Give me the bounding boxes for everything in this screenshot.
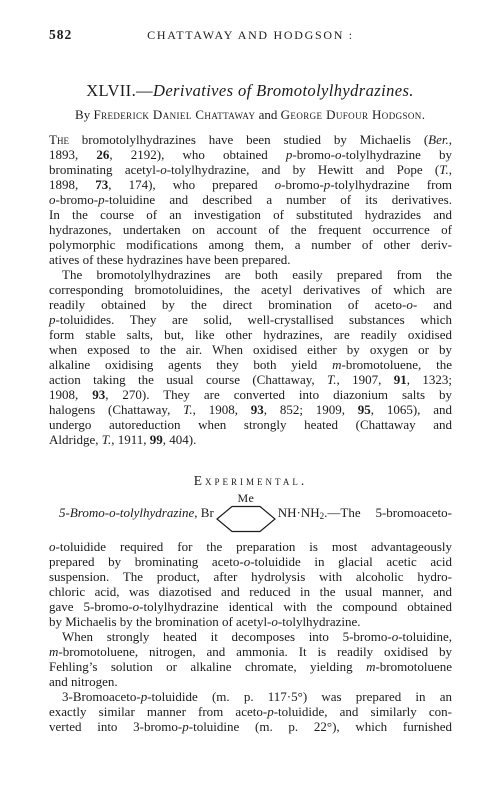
article-title: XLVII.—Derivatives of Bromotolylhydrazin… — [0, 81, 500, 101]
text-line: The bromotolylhydrazines are both easily… — [49, 267, 452, 282]
text-line: undergo autoreduction when strongly heat… — [49, 417, 452, 432]
text-line: when exposed to the air. When oxidised e… — [49, 342, 452, 357]
benzene-hexagon-icon — [216, 505, 276, 533]
text-line: prepared by brominating aceto-o-toluidid… — [49, 554, 452, 569]
text-line: 1908, 93, 270). They are converted into … — [49, 387, 452, 402]
experimental-heading: Experimental. — [49, 473, 452, 488]
text-line: o-toluidide required for the preparation… — [49, 539, 452, 554]
text-line: chloric acid, was diazotised and reduced… — [49, 584, 452, 599]
paragraph-preparation: The bromotolylhydrazines are both easily… — [49, 267, 452, 447]
text-line: 1898, 73, 174), who prepared o-bromo-p-t… — [49, 177, 452, 192]
document-page: 582 CHATTAWAY AND HODGSON : XLVII.—Deriv… — [0, 0, 500, 800]
text-line: suspension. The product, after hydrolysi… — [49, 569, 452, 584]
text-line: by Michaelis by the bromination of acety… — [49, 614, 452, 629]
formula-line: 5-Bromo-o-tolylhydrazine, Br Me NH·NH2.—… — [49, 492, 452, 533]
methyl-substituent-label: Me — [237, 492, 254, 504]
text-line: corresponding bromotoluidines, the acety… — [49, 282, 452, 297]
paragraph-formula-continued: o-toluidide required for the preparation… — [49, 539, 452, 629]
formula-right-text: NH·NH2.—The 5-bromoaceto- — [278, 505, 452, 520]
text-line: action taking the usual course (Chattawa… — [49, 372, 452, 387]
text-line: In the course of an investigation of sub… — [49, 207, 452, 222]
text-line: polymorphic modifications among them, a … — [49, 237, 452, 252]
text-line: verted into 3-bromo-p-toluidine (m. p. 2… — [49, 719, 452, 734]
text-line: Aldridge, T., 1911, 99, 404). — [49, 432, 452, 447]
text-line: The bromotolylhydrazines have been studi… — [49, 132, 452, 147]
text-line: 1893, 26, 2192), who obtained p-bromo-o-… — [49, 147, 452, 162]
paragraph-intro: The bromotolylhydrazines have been studi… — [49, 132, 452, 267]
text-line: atives of these hydrazines have been pre… — [49, 252, 452, 267]
text-line: m-bromotoluene, nitrogen, and ammonia. I… — [49, 644, 452, 659]
text-line: o-bromo-p-toluidine and described a numb… — [49, 192, 452, 207]
text-line: brominating acetyl-o-tolylhydrazine, and… — [49, 162, 452, 177]
article-body: The bromotolylhydrazines have been studi… — [49, 132, 452, 734]
text-line: p-toluidides. They are solid, well-cryst… — [49, 312, 452, 327]
text-line: form stable salts, but, like other hydra… — [49, 327, 452, 342]
text-line: halogens (Chattaway, T., 1908, 93, 852; … — [49, 402, 452, 417]
text-line: readily obtained by the direct brominati… — [49, 297, 452, 312]
text-line: and nitrogen. — [49, 674, 452, 689]
formula-left-text: 5-Bromo-o-tolylhydrazine, Br — [59, 505, 214, 520]
text-line: When strongly heated it decomposes into … — [49, 629, 452, 644]
text-line: exactly similar manner from aceto-p-tolu… — [49, 704, 452, 719]
page-header: 582 CHATTAWAY AND HODGSON : — [49, 27, 452, 43]
paragraph-decomposition: When strongly heated it decomposes into … — [49, 629, 452, 689]
text-line: alkaline oxidising agents they both yiel… — [49, 357, 452, 372]
text-line: 3-Bromoaceto-p-toluidide (m. p. 117·5°) … — [49, 689, 452, 704]
text-line: Fehling’s solution or alkaline chromate,… — [49, 659, 452, 674]
benzene-ring-structure: Me — [216, 492, 276, 533]
text-line: hydrazones, undertaken on account of the… — [49, 222, 452, 237]
article-byline: By Frederick Daniel Chattaway and George… — [0, 107, 500, 123]
text-line: gave 5-bromo-o-tolylhydrazine identical … — [49, 599, 452, 614]
paragraph-bromoaceto-p-toluidide: 3-Bromoaceto-p-toluidide (m. p. 117·5°) … — [49, 689, 452, 734]
running-header: CHATTAWAY AND HODGSON : — [49, 28, 452, 43]
